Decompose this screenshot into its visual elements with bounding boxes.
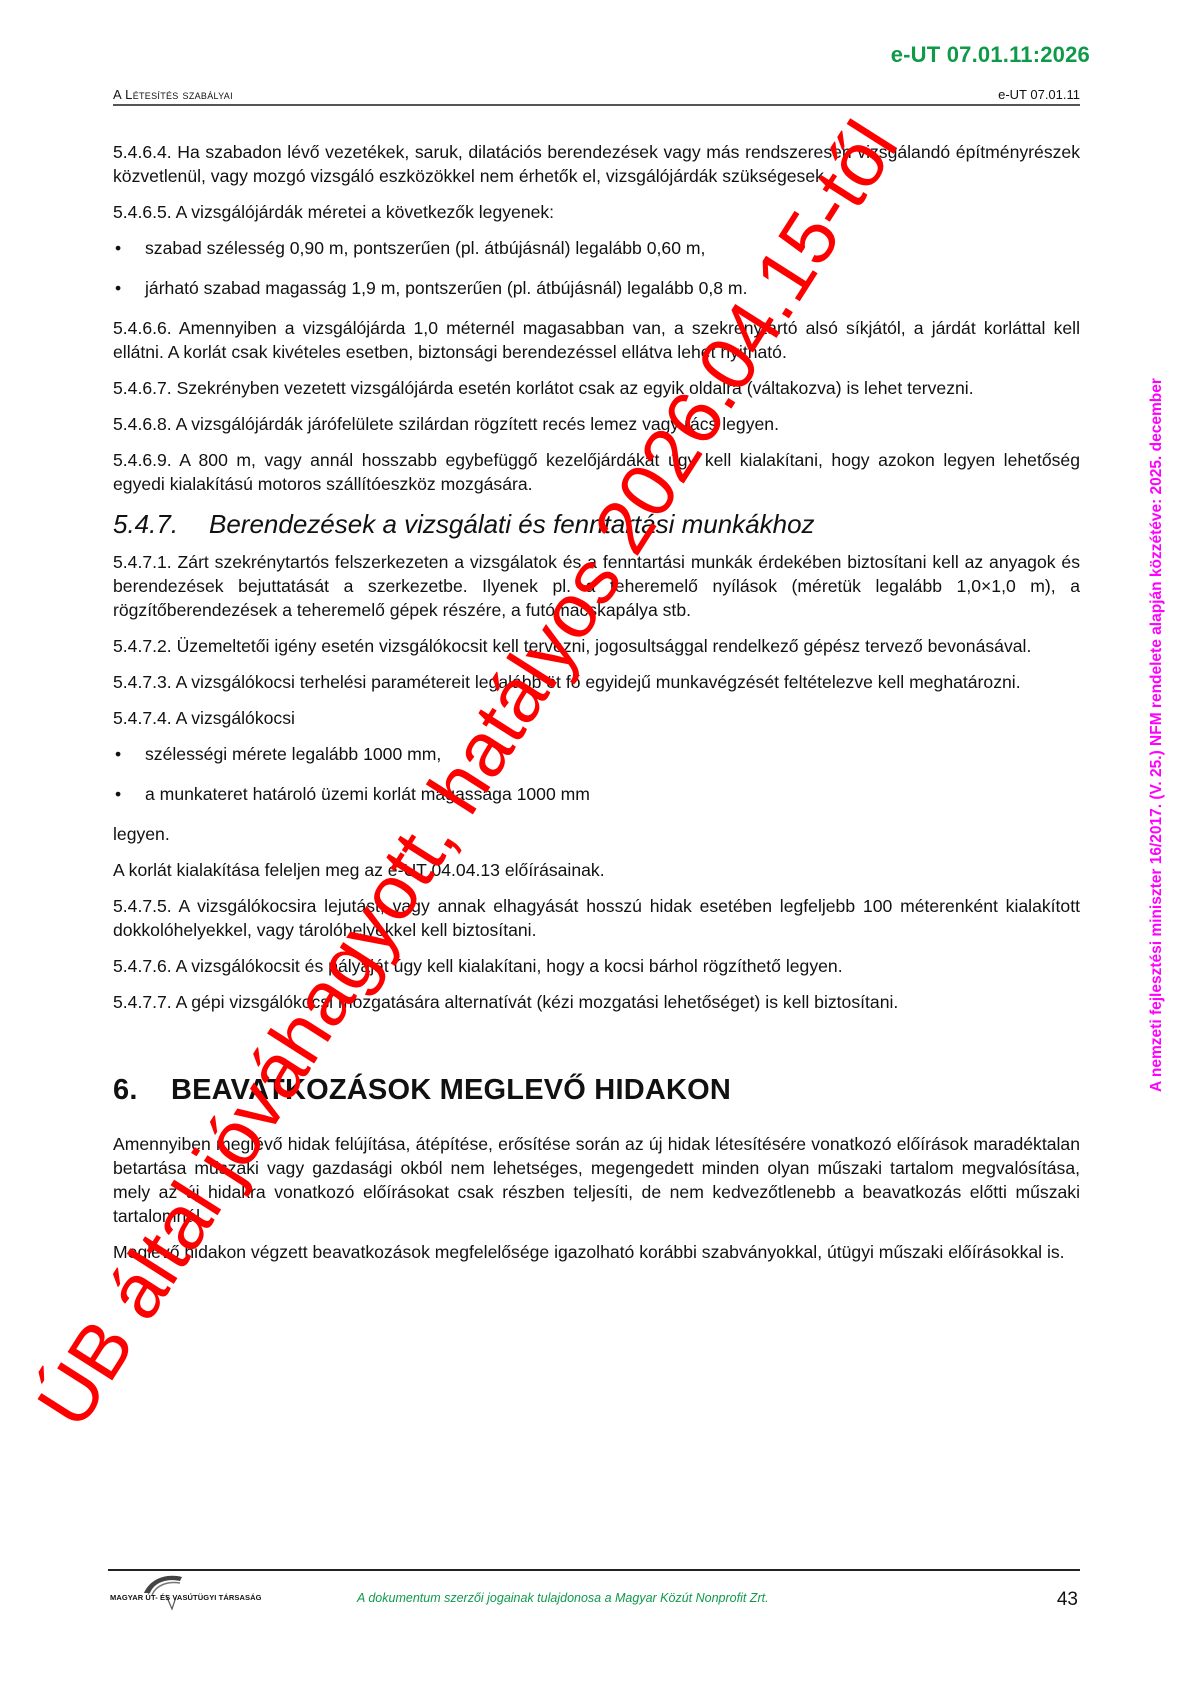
paragraph-5-4-7-3: 5.4.7.3. A vizsgálókocsi terhelési param… bbox=[113, 670, 1080, 694]
publication-note: A nemzeti fejlesztési miniszter 16/2017.… bbox=[1148, 378, 1166, 1092]
paragraph-korlat: A korlát kialakítása feleljen meg az e-U… bbox=[113, 858, 1080, 882]
paragraph-5-4-6-9: 5.4.6.9. A 800 m, vagy annál hosszabb eg… bbox=[113, 448, 1080, 496]
page-number: 43 bbox=[1057, 1589, 1078, 1611]
bullet-icon: • bbox=[113, 236, 145, 260]
paragraph-5-4-6-6: 5.4.6.6. Amennyiben a vizsgálójárda 1,0 … bbox=[113, 316, 1080, 364]
paragraph-6-1: Amennyiben meglévő hidak felújítása, áté… bbox=[113, 1132, 1080, 1228]
list-item: • szabad szélesség 0,90 m, pontszerűen (… bbox=[113, 236, 1080, 260]
chapter-heading-6: 6.BEAVATKOZÁSOK MEGLEVŐ HIDAKON bbox=[113, 1072, 1080, 1108]
list-item-text: szabad szélesség 0,90 m, pontszerűen (pl… bbox=[145, 236, 705, 260]
organization-logo: MAGYAR ÚT- ÉS VASÚTÜGYI TÁRSASÁG bbox=[110, 1575, 260, 1615]
paragraph-6-2: Meglévő hidakon végzett beavatkozások me… bbox=[113, 1240, 1080, 1264]
paragraph-5-4-7-7: 5.4.7.7. A gépi vizsgálókocsi mozgatásár… bbox=[113, 990, 1080, 1014]
paragraph-5-4-7-1: 5.4.7.1. Zárt szekrénytartós felszerkeze… bbox=[113, 550, 1080, 622]
logo-text: MAGYAR ÚT- ÉS VASÚTÜGYI TÁRSASÁG bbox=[110, 1593, 262, 1602]
paragraph-5-4-7-6: 5.4.7.6. A vizsgálókocsit és pályáját úg… bbox=[113, 954, 1080, 978]
section-number: 5.4.7. bbox=[113, 508, 209, 540]
list-item: • járható szabad magasság 1,9 m, pontsze… bbox=[113, 276, 1080, 300]
copyright-notice: A dokumentum szerzői jogainak tulajdonos… bbox=[357, 1591, 769, 1605]
paragraph-5-4-6-5: 5.4.6.5. A vizsgálójárdák méretei a köve… bbox=[113, 200, 1080, 224]
list-item-text: járható szabad magasság 1,9 m, pontszerű… bbox=[145, 276, 747, 300]
list-item: • a munkateret határoló üzemi korlát mag… bbox=[113, 782, 1080, 806]
chapter-number: 6. bbox=[113, 1072, 171, 1108]
section-heading-5-4-7: 5.4.7.Berendezések a vizsgálati és fennt… bbox=[113, 508, 1080, 540]
document-code: e-UT 07.01.11:2026 bbox=[891, 42, 1090, 68]
footer-divider bbox=[108, 1569, 1080, 1571]
chapter-title: BEAVATKOZÁSOK MEGLEVŐ HIDAKON bbox=[171, 1074, 731, 1106]
list-item-text: szélességi mérete legalább 1000 mm, bbox=[145, 742, 441, 766]
bullet-icon: • bbox=[113, 782, 145, 806]
paragraph-5-4-7-4: 5.4.7.4. A vizsgálókocsi bbox=[113, 706, 1080, 730]
paragraph-5-4-6-8: 5.4.6.8. A vizsgálójárdák járófelülete s… bbox=[113, 412, 1080, 436]
paragraph-5-4-7-2: 5.4.7.2. Üzemeltetői igény esetén vizsgá… bbox=[113, 634, 1080, 658]
header-section-title: A Létesítés szabályai bbox=[113, 87, 233, 102]
section-title: Berendezések a vizsgálati és fenntartási… bbox=[209, 509, 815, 539]
paragraph-5-4-6-4: 5.4.6.4. Ha szabadon lévő vezetékek, sar… bbox=[113, 140, 1080, 188]
bullet-icon: • bbox=[113, 742, 145, 766]
paragraph-5-4-7-5: 5.4.7.5. A vizsgálókocsira lejutást, vag… bbox=[113, 894, 1080, 942]
bullet-icon: • bbox=[113, 276, 145, 300]
road-arc-icon bbox=[136, 1571, 196, 1611]
list-item-text: a munkateret határoló üzemi korlát magas… bbox=[145, 782, 590, 806]
page-content: 5.4.6.4. Ha szabadon lévő vezetékek, sar… bbox=[113, 140, 1080, 1276]
paragraph-legyen: legyen. bbox=[113, 822, 1080, 846]
paragraph-5-4-6-7: 5.4.6.7. Szekrényben vezetett vizsgálójá… bbox=[113, 376, 1080, 400]
list-item: • szélességi mérete legalább 1000 mm, bbox=[113, 742, 1080, 766]
running-header: A Létesítés szabályai e-UT 07.01.11 bbox=[113, 84, 1080, 106]
header-doc-ref: e-UT 07.01.11 bbox=[998, 87, 1080, 102]
